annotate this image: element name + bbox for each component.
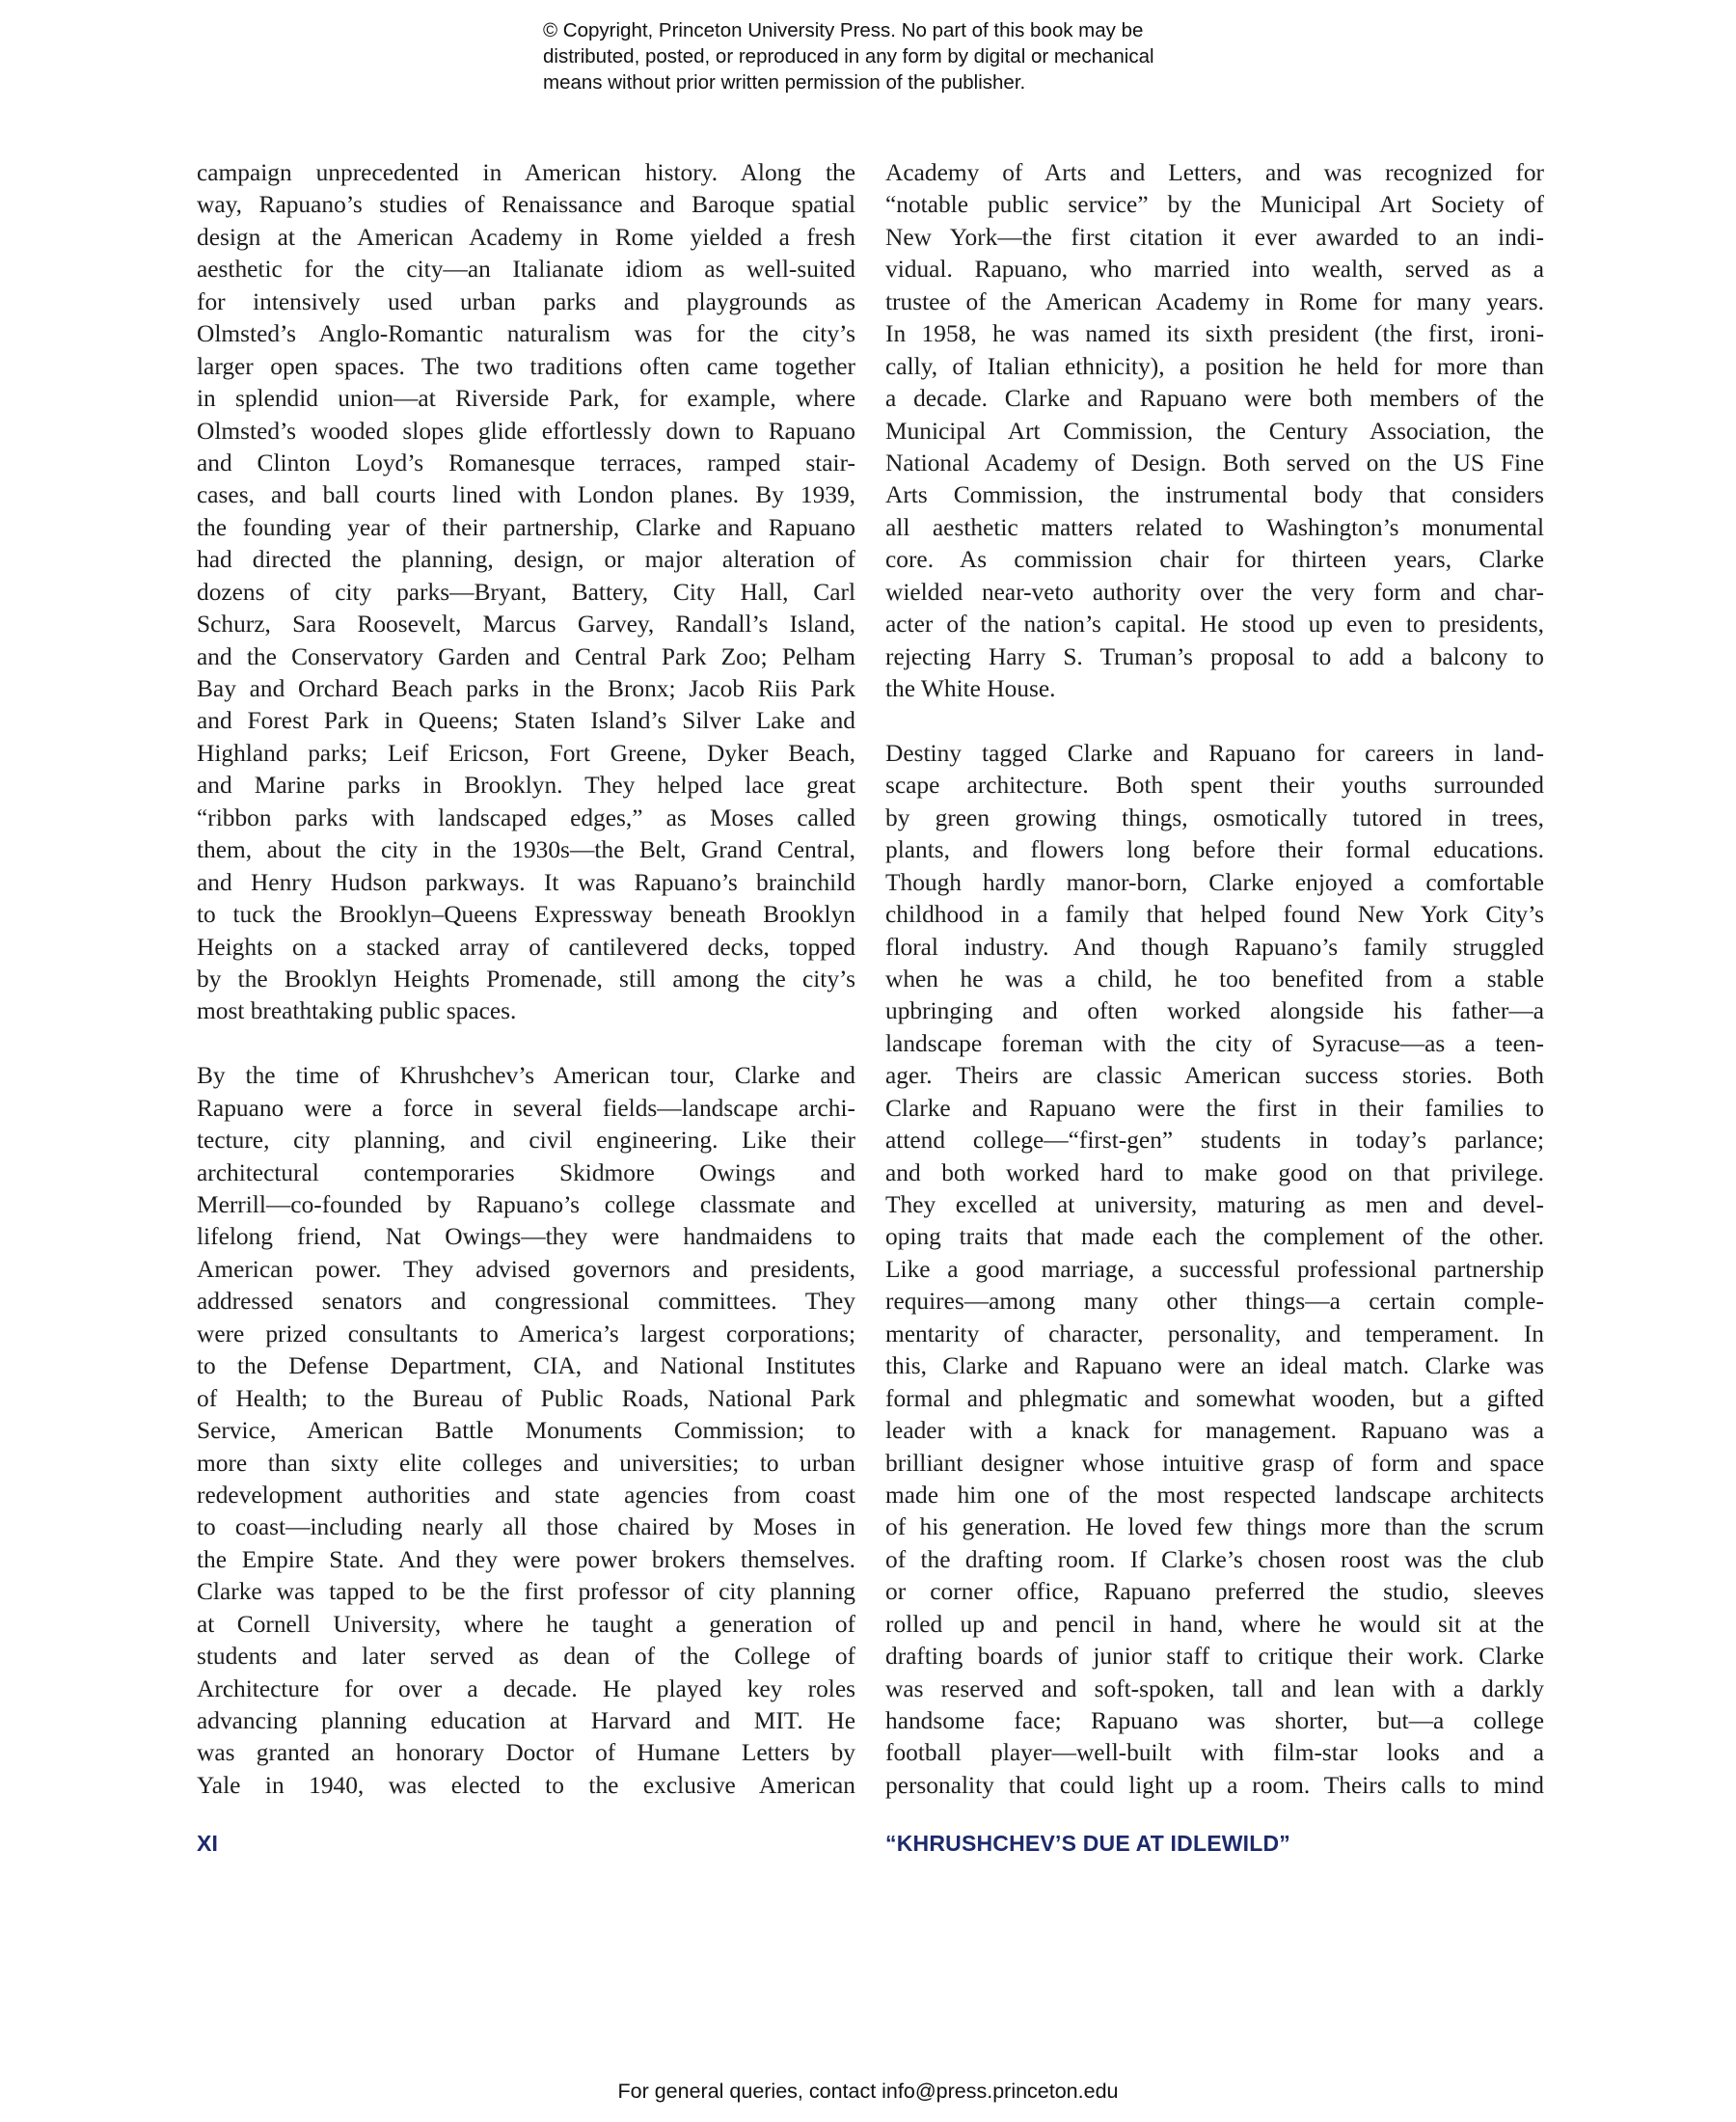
text-line: “notable public service” by the Municipa… (885, 189, 1544, 221)
text-line: Arts Commission, the instrumental body t… (885, 479, 1544, 511)
text-line: trustee of the American Academy in Rome … (885, 286, 1544, 318)
text-line: In 1958, he was named its sixth presiden… (885, 318, 1544, 350)
text-line: oping traits that made each the compleme… (885, 1221, 1544, 1253)
text-line: Academy of Arts and Letters, and was rec… (885, 157, 1544, 189)
text-line: By the time of Khrushchev’s American tou… (197, 1060, 855, 1092)
text-line: New York—the first citation it ever awar… (885, 222, 1544, 254)
text-line: acter of the nation’s capital. He stood … (885, 609, 1544, 640)
text-line: tecture, city planning, and civil engine… (197, 1125, 855, 1156)
text-line: this, Clarke and Rapuano were an ideal m… (885, 1350, 1544, 1382)
text-line: lifelong friend, Nat Owings—they were ha… (197, 1221, 855, 1253)
text-line: for intensively used urban parks and pla… (197, 286, 855, 318)
text-line: aesthetic for the city—an Italianate idi… (197, 254, 855, 286)
text-line: Schurz, Sara Roosevelt, Marcus Garvey, R… (197, 609, 855, 640)
text-line: more than sixty elite colleges and unive… (197, 1448, 855, 1480)
paragraph-break (197, 1028, 855, 1060)
text-line: Heights on a stacked array of cantilever… (197, 932, 855, 964)
text-line: drafting boards of junior staff to criti… (885, 1641, 1544, 1673)
text-line: of his generation. He loved few things m… (885, 1511, 1544, 1543)
text-line: had directed the planning, design, or ma… (197, 544, 855, 576)
text-line: way, Rapuano’s studies of Renaissance an… (197, 189, 855, 221)
text-line: Though hardly manor-born, Clarke enjoyed… (885, 867, 1544, 899)
text-line: mentarity of character, personality, and… (885, 1319, 1544, 1350)
text-line: to the Defense Department, CIA, and Nati… (197, 1350, 855, 1382)
text-line: cally, of Italian ethnicity), a position… (885, 351, 1544, 383)
text-line: Merrill—co-founded by Rapuano’s college … (197, 1189, 855, 1221)
right-text-column: Academy of Arts and Letters, and was rec… (885, 157, 1544, 1802)
text-line: Olmsted’s wooded slopes glide effortless… (197, 416, 855, 448)
text-line: ager. Theirs are classic American succes… (885, 1060, 1544, 1092)
text-line: the founding year of their partnership, … (197, 512, 855, 544)
text-line: Yale in 1940, was elected to the exclusi… (197, 1770, 855, 1802)
text-line: brilliant designer whose intuitive grasp… (885, 1448, 1544, 1480)
text-line: architectural contemporaries Skidmore Ow… (197, 1157, 855, 1189)
text-line: campaign unprecedented in American histo… (197, 157, 855, 189)
text-line: design at the American Academy in Rome y… (197, 222, 855, 254)
text-line: students and later served as dean of the… (197, 1641, 855, 1673)
text-line: made him one of the most respected lands… (885, 1480, 1544, 1511)
copyright-line: means without prior written permission o… (543, 69, 1218, 95)
text-line: addressed senators and congressional com… (197, 1286, 855, 1318)
text-line: and Clinton Loyd’s Romanesque terraces, … (197, 448, 855, 479)
text-line: redevelopment authorities and state agen… (197, 1480, 855, 1511)
text-line: all aesthetic matters related to Washing… (885, 512, 1544, 544)
text-line: and Forest Park in Queens; Staten Island… (197, 705, 855, 737)
contact-footer: For general queries, contact info@press.… (0, 2080, 1736, 2104)
text-line: the White House. (885, 673, 1544, 705)
text-line: most breathtaking public spaces. (197, 995, 855, 1027)
text-line: when he was a child, he too benefited fr… (885, 964, 1544, 995)
page-number: XI (197, 1831, 218, 1857)
text-line: landscape foreman with the city of Syrac… (885, 1028, 1544, 1060)
text-line: scape architecture. Both spent their you… (885, 770, 1544, 802)
text-line: Clarke and Rapuano were the first in the… (885, 1093, 1544, 1125)
text-line: American power. They advised governors a… (197, 1254, 855, 1286)
text-line: Olmsted’s Anglo-Romantic naturalism was … (197, 318, 855, 350)
text-line: Highland parks; Leif Ericson, Fort Green… (197, 738, 855, 770)
text-line: upbringing and often worked alongside hi… (885, 995, 1544, 1027)
text-line: requires—among many other things—a certa… (885, 1286, 1544, 1318)
text-line: rejecting Harry S. Truman’s proposal to … (885, 641, 1544, 673)
text-line: wielded near-veto authority over the ver… (885, 577, 1544, 609)
text-line: Like a good marriage, a successful profe… (885, 1254, 1544, 1286)
text-line: floral industry. And though Rapuano’s fa… (885, 932, 1544, 964)
text-line: personality that could light up a room. … (885, 1770, 1544, 1802)
text-line: to tuck the Brooklyn–Queens Expressway b… (197, 899, 855, 931)
text-line: childhood in a family that helped found … (885, 899, 1544, 931)
text-line: Rapuano were a force in several fields—l… (197, 1093, 855, 1125)
text-line: in splendid union—at Riverside Park, for… (197, 383, 855, 415)
text-line: larger open spaces. The two traditions o… (197, 351, 855, 383)
text-line: Service, American Battle Monuments Commi… (197, 1415, 855, 1447)
copyright-line: © Copyright, Princeton University Press.… (543, 17, 1218, 43)
text-line: Destiny tagged Clarke and Rapuano for ca… (885, 738, 1544, 770)
text-line: “ribbon parks with landscaped edges,” as… (197, 803, 855, 834)
text-line: cases, and ball courts lined with London… (197, 479, 855, 511)
text-line: and Marine parks in Brooklyn. They helpe… (197, 770, 855, 802)
text-line: Architecture for over a decade. He playe… (197, 1673, 855, 1705)
text-line: handsome face; Rapuano was shorter, but—… (885, 1705, 1544, 1737)
text-line: at Cornell University, where he taught a… (197, 1609, 855, 1641)
text-line: Bay and Orchard Beach parks in the Bronx… (197, 673, 855, 705)
text-line: was reserved and soft-spoken, tall and l… (885, 1673, 1544, 1705)
text-line: dozens of city parks—Bryant, Battery, Ci… (197, 577, 855, 609)
text-line: rolled up and pencil in hand, where he w… (885, 1609, 1544, 1641)
text-line: football player—well-built with film-sta… (885, 1737, 1544, 1769)
text-line: core. As commission chair for thirteen y… (885, 544, 1544, 576)
text-line: by the Brooklyn Heights Promenade, still… (197, 964, 855, 995)
copyright-line: distributed, posted, or reproduced in an… (543, 43, 1218, 69)
text-line: Clarke was tapped to be the first profes… (197, 1576, 855, 1608)
running-head: “KHRUSHCHEV’S DUE AT IDLEWILD” (885, 1831, 1290, 1857)
text-line: leader with a knack for management. Rapu… (885, 1415, 1544, 1447)
text-line: and the Conservatory Garden and Central … (197, 641, 855, 673)
text-line: of Health; to the Bureau of Public Roads… (197, 1383, 855, 1415)
text-line: They excelled at university, maturing as… (885, 1189, 1544, 1221)
text-line: or corner office, Rapuano preferred the … (885, 1576, 1544, 1608)
left-text-column: campaign unprecedented in American histo… (197, 157, 855, 1802)
text-line: of the drafting room. If Clarke’s chosen… (885, 1544, 1544, 1576)
text-line: advancing planning education at Harvard … (197, 1705, 855, 1737)
text-line: to coast—including nearly all those chai… (197, 1511, 855, 1543)
text-line: formal and phlegmatic and somewhat woode… (885, 1383, 1544, 1415)
paragraph-break (885, 705, 1544, 737)
text-line: National Academy of Design. Both served … (885, 448, 1544, 479)
text-line: the Empire State. And they were power br… (197, 1544, 855, 1576)
text-line: a decade. Clarke and Rapuano were both m… (885, 383, 1544, 415)
text-line: plants, and flowers long before their fo… (885, 834, 1544, 866)
text-line: them, about the city in the 1930s—the Be… (197, 834, 855, 866)
text-line: was granted an honorary Doctor of Humane… (197, 1737, 855, 1769)
text-line: by green growing things, osmotically tut… (885, 803, 1544, 834)
text-line: were prized consultants to America’s lar… (197, 1319, 855, 1350)
text-line: attend college—“first-gen” students in t… (885, 1125, 1544, 1156)
text-line: and both worked hard to make good on tha… (885, 1157, 1544, 1189)
text-line: vidual. Rapuano, who married into wealth… (885, 254, 1544, 286)
text-line: and Henry Hudson parkways. It was Rapuan… (197, 867, 855, 899)
copyright-notice: © Copyright, Princeton University Press.… (543, 17, 1218, 95)
text-line: Municipal Art Commission, the Century As… (885, 416, 1544, 448)
